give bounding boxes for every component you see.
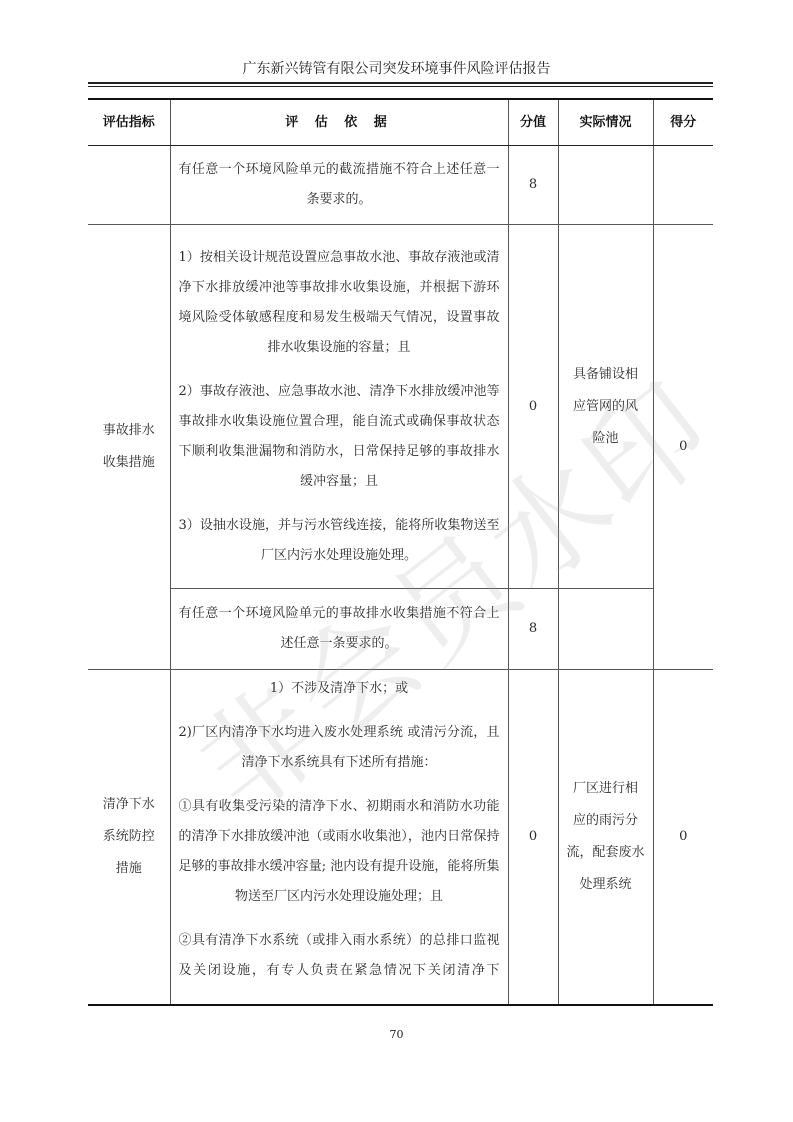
indicator-cell bbox=[88, 146, 170, 225]
indicator-line: 事故排水 bbox=[94, 415, 164, 447]
table-header-row: 评估指标 评 估 依 据 分值 实际情况 得分 bbox=[88, 99, 713, 146]
score-value-cell: 8 bbox=[508, 589, 558, 670]
actual-line: 险池 bbox=[565, 423, 647, 455]
basis-cell: 1）按相关设计规范设置应急事故水池、事故存液池或清净下水排放缓冲池等事故排水收集… bbox=[170, 225, 508, 589]
indicator-line: 系统防控 bbox=[94, 821, 164, 853]
basis-text: 3）设抽水设施，并与污水管线连接，能将所收集物送至厂区内污水处理设施处理。 bbox=[179, 511, 500, 571]
column-header-score-value: 分值 bbox=[508, 99, 558, 146]
indicator-line: 收集措施 bbox=[94, 447, 164, 479]
basis-text: 有任意一个环境风险单元的截流措施不符合上述任意一条要求的。 bbox=[179, 155, 500, 215]
score-value-cell: 0 bbox=[508, 670, 558, 1005]
score-cell: 0 bbox=[653, 670, 713, 1005]
basis-cell: 有任意一个环境风险单元的事故排水收集措施不符合上述任意一条要求的。 bbox=[170, 589, 508, 670]
basis-text: 1）按相关设计规范设置应急事故水池、事故存液池或清净下水排放缓冲池等事故排水收集… bbox=[179, 243, 500, 363]
basis-text: 有任意一个环境风险单元的事故排水收集措施不符合上述任意一条要求的。 bbox=[179, 599, 500, 659]
column-header-score: 得分 bbox=[653, 99, 713, 146]
actual-cell bbox=[558, 146, 653, 225]
page-number: 70 bbox=[0, 1028, 793, 1041]
basis-cell: 1）不涉及清净下水；或 2)厂区内清净下水均进入废水处理系统 或清污分流，且清净… bbox=[170, 670, 508, 1005]
header-rule bbox=[88, 82, 713, 84]
actual-cell bbox=[558, 589, 653, 670]
actual-line: 处理系统 bbox=[565, 869, 647, 901]
table-row: 有任意一个环境风险单元的截流措施不符合上述任意一条要求的。 8 bbox=[88, 146, 713, 225]
score-value-cell: 8 bbox=[508, 146, 558, 225]
actual-line: 流，配套废水 bbox=[565, 837, 647, 869]
actual-line: 应管网的风 bbox=[565, 391, 647, 423]
score-cell bbox=[653, 146, 713, 225]
actual-cell: 厂区进行相 应的雨污分 流，配套废水 处理系统 bbox=[558, 670, 653, 1005]
indicator-line: 清净下水 bbox=[94, 789, 164, 821]
basis-cell: 有任意一个环境风险单元的截流措施不符合上述任意一条要求的。 bbox=[170, 146, 508, 225]
column-header-actual: 实际情况 bbox=[558, 99, 653, 146]
basis-text: ②具有清净下水系统（或排入雨水系统）的总排口监视及关闭设施，有专人负责在紧急情况… bbox=[179, 926, 500, 986]
basis-text: 1）不涉及清净下水；或 bbox=[179, 674, 500, 704]
table-row: 清净下水 系统防控 措施 1）不涉及清净下水；或 2)厂区内清净下水均进入废水处… bbox=[88, 670, 713, 1005]
basis-text: ①具有收集受污染的清净下水、初期雨水和消防水功能的清净下水排放缓冲池（或雨水收集… bbox=[179, 792, 500, 912]
table-row: 事故排水 收集措施 1）按相关设计规范设置应急事故水池、事故存液池或清净下水排放… bbox=[88, 225, 713, 589]
basis-text: 2)厂区内清净下水均进入废水处理系统 或清污分流，且清净下水系统具有下述所有措施… bbox=[179, 718, 500, 778]
actual-line: 厂区进行相 bbox=[565, 773, 647, 805]
indicator-cell: 事故排水 收集措施 bbox=[88, 225, 170, 670]
document-header-title: 广东新兴铸管有限公司突发环境事件风险评估报告 bbox=[0, 58, 793, 78]
score-value-cell: 0 bbox=[508, 225, 558, 589]
indicator-cell: 清净下水 系统防控 措施 bbox=[88, 670, 170, 1005]
indicator-line: 措施 bbox=[94, 853, 164, 885]
actual-cell: 具备铺设相 应管网的风 险池 bbox=[558, 225, 653, 589]
risk-evaluation-table: 评估指标 评 估 依 据 分值 实际情况 得分 有任意一个环境风险单元的截流措施… bbox=[88, 98, 713, 1006]
table-row: 有任意一个环境风险单元的事故排水收集措施不符合上述任意一条要求的。 8 bbox=[88, 589, 713, 670]
actual-line: 应的雨污分 bbox=[565, 805, 647, 837]
basis-text: 2）事故存液池、应急事故水池、清净下水排放缓冲池等事故排水收集设施位置合理，能自… bbox=[179, 377, 500, 497]
actual-line: 具备铺设相 bbox=[565, 359, 647, 391]
header-rule-thin bbox=[88, 86, 713, 87]
column-header-indicator: 评估指标 bbox=[88, 99, 170, 146]
column-header-basis: 评 估 依 据 bbox=[170, 99, 508, 146]
score-cell: 0 bbox=[653, 225, 713, 670]
